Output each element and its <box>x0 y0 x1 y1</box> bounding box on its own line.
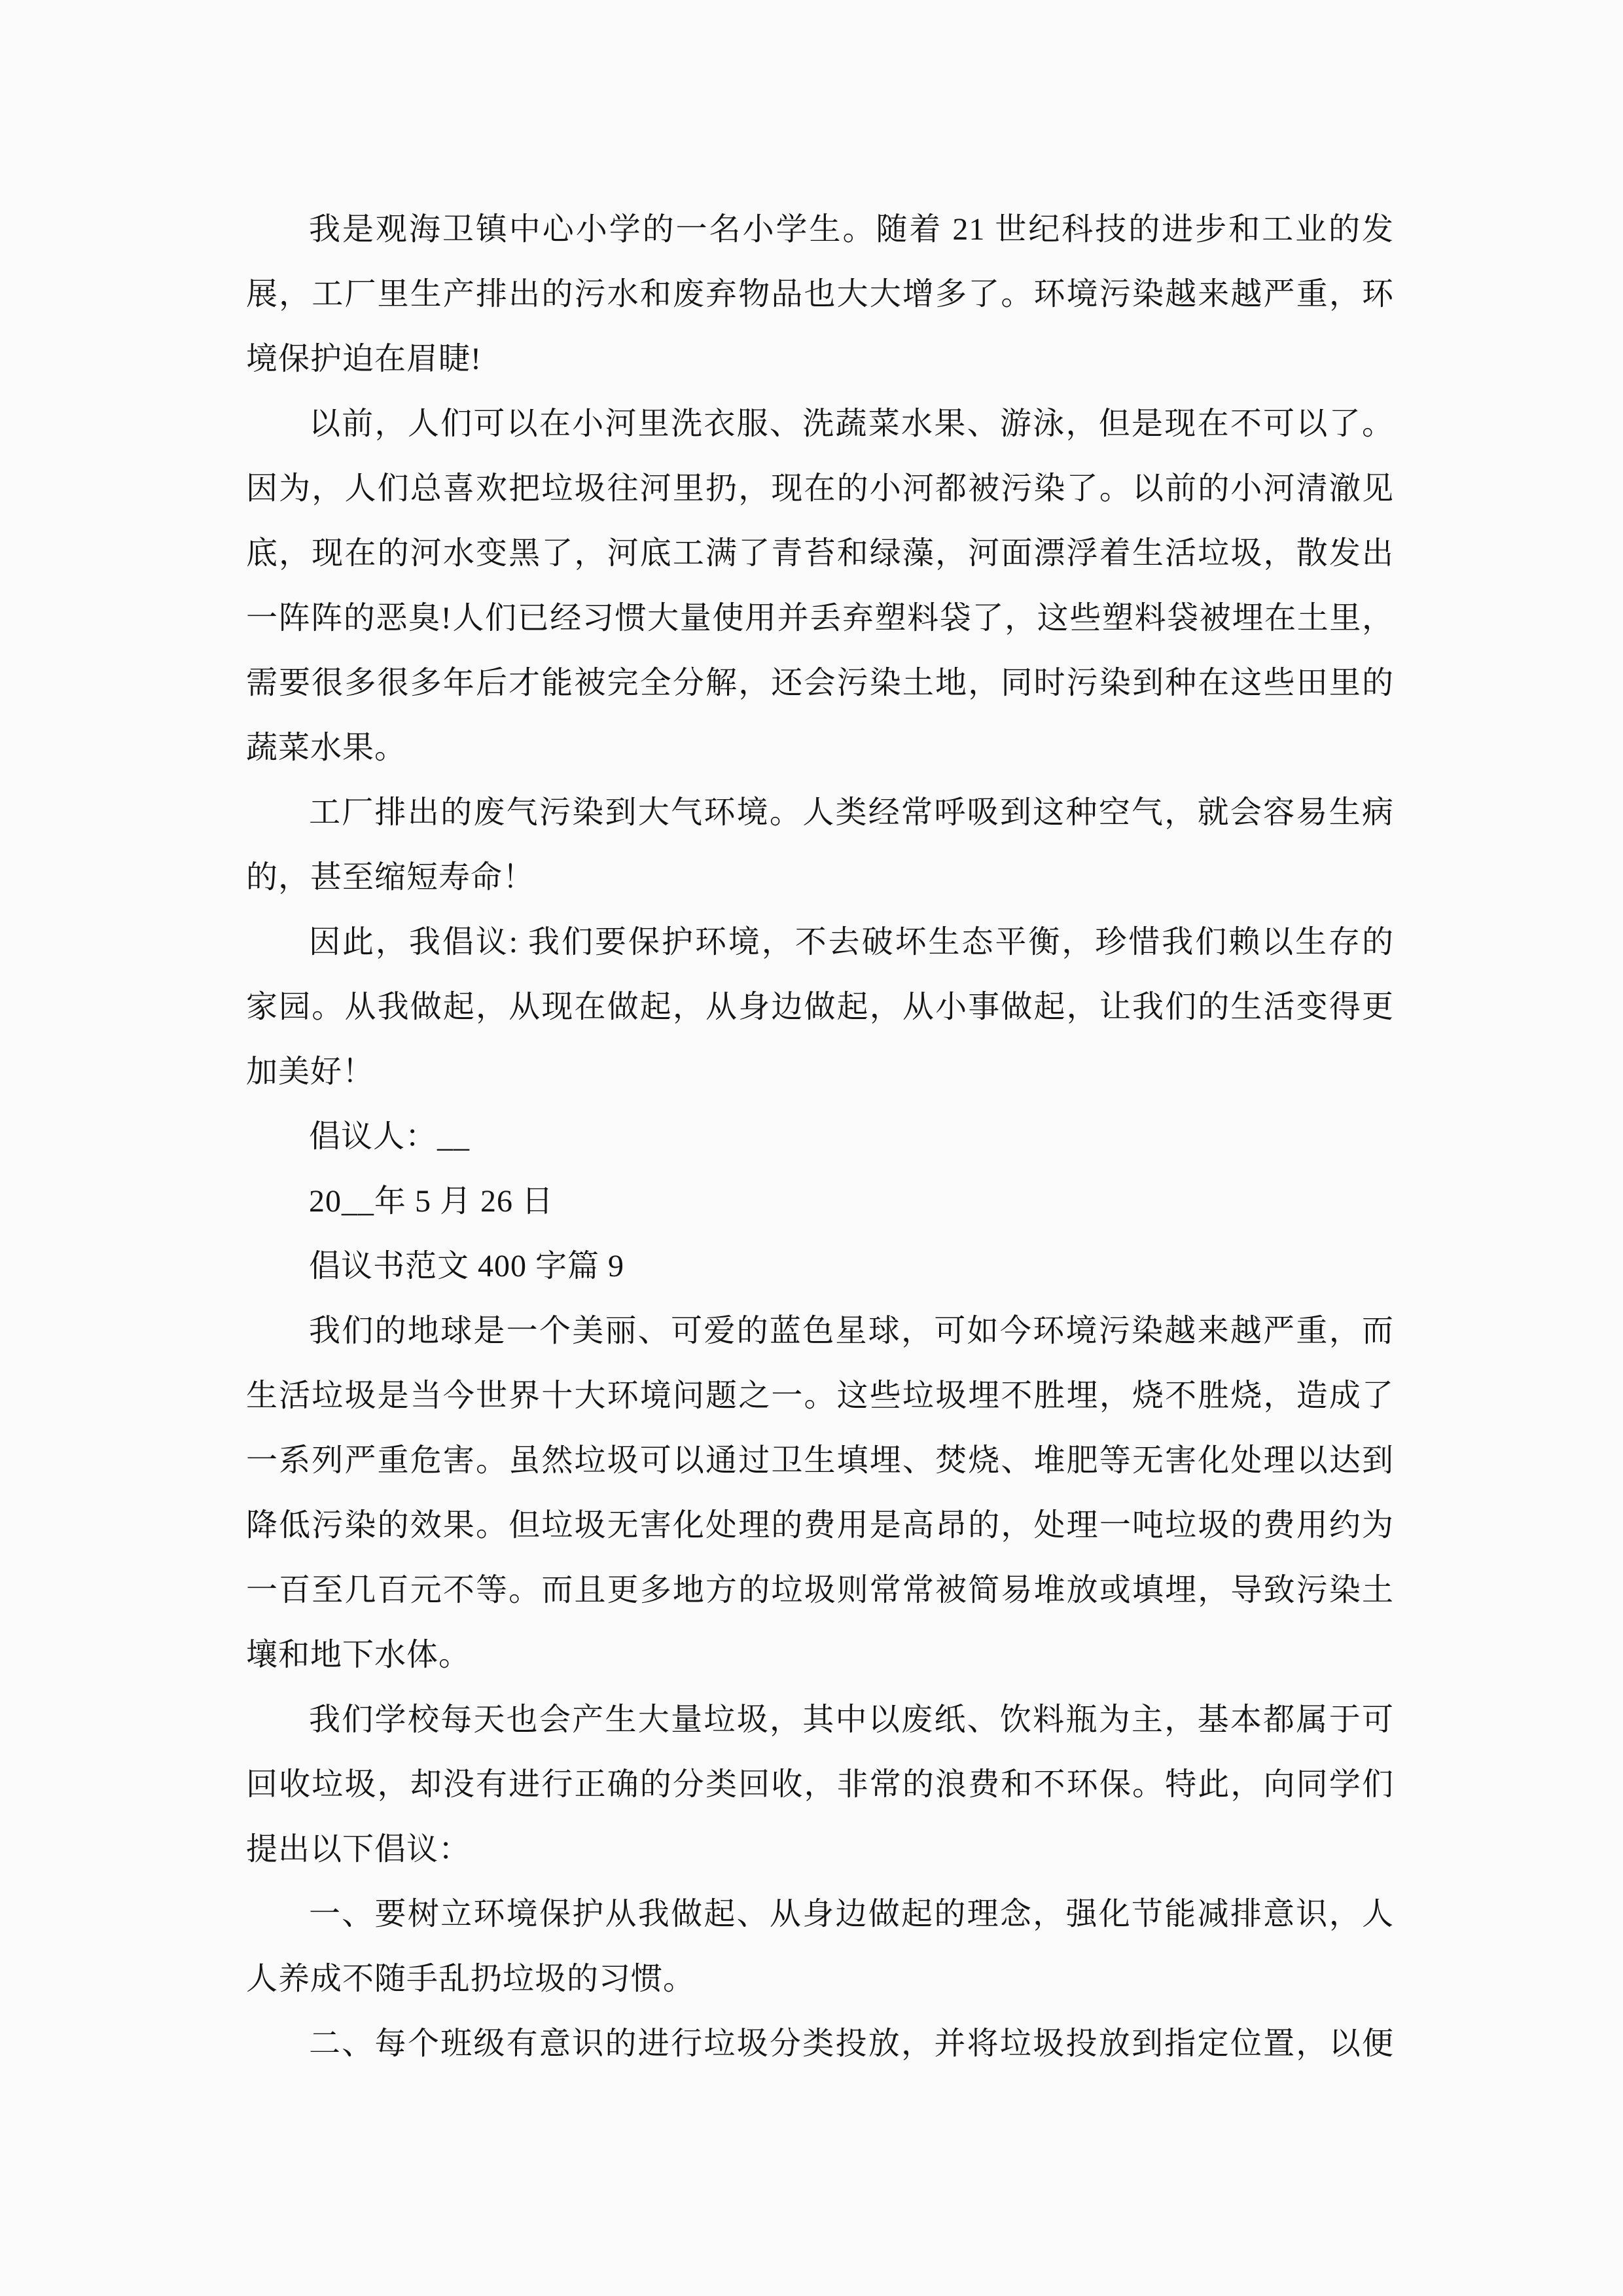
text-line: 倡议人：__ <box>246 1104 1394 1169</box>
text-line: 境保护迫在眉睫! <box>246 327 1394 391</box>
text-line: 因为，人们总喜欢把垃圾往河里扔，现在的小河都被污染了。以前的小河清澈见 <box>246 456 1394 521</box>
text-line: 倡议书范文 400 字篇 9 <box>246 1234 1394 1299</box>
text-line: 降低污染的效果。但垃圾无害化处理的费用是高昂的，处理一吨垃圾的费用约为 <box>246 1493 1394 1558</box>
text-line: 一系列严重危害。虽然垃圾可以通过卫生填埋、焚烧、堆肥等无害化处理以达到 <box>246 1428 1394 1493</box>
text-line: 提出以下倡议： <box>246 1817 1394 1882</box>
text-line: 展，工厂里生产排出的污水和废弃物品也大大增多了。环境污染越来越严重，环 <box>246 262 1394 327</box>
document-page: 我是观海卫镇中心小学的一名小学生。随着 21 世纪科技的进步和工业的发展，工厂里… <box>0 0 1623 2296</box>
text-line: 人养成不随手乱扔垃圾的习惯。 <box>246 1946 1394 2011</box>
text-line: 一、要树立环境保护从我做起、从身边做起的理念，强化节能减排意识，人 <box>246 1882 1394 1946</box>
text-line: 的，甚至缩短寿命！ <box>246 845 1394 910</box>
text-line: 回收垃圾，却没有进行正确的分类回收，非常的浪费和不环保。特此，向同学们 <box>246 1752 1394 1817</box>
document-body: 我是观海卫镇中心小学的一名小学生。随着 21 世纪科技的进步和工业的发展，工厂里… <box>246 197 1394 2076</box>
text-line: 我们的地球是一个美丽、可爱的蓝色星球，可如今环境污染越来越严重，而 <box>246 1299 1394 1363</box>
text-line: 一百至几百元不等。而且更多地方的垃圾则常常被简易堆放或填埋，导致污染土 <box>246 1558 1394 1623</box>
text-line: 以前，人们可以在小河里洗衣服、洗蔬菜水果、游泳，但是现在不可以了。 <box>246 391 1394 456</box>
text-line: 我们学校每天也会产生大量垃圾，其中以废纸、饮料瓶为主，基本都属于可 <box>246 1687 1394 1752</box>
text-line: 生活垃圾是当今世界十大环境问题之一。这些垃圾埋不胜埋，烧不胜烧，造成了 <box>246 1363 1394 1428</box>
text-line: 家园。从我做起，从现在做起，从身边做起，从小事做起，让我们的生活变得更 <box>246 975 1394 1039</box>
text-line: 壤和地下水体。 <box>246 1623 1394 1687</box>
text-line: 底，现在的河水变黑了，河底工满了青苔和绿藻，河面漂浮着生活垃圾，散发出 <box>246 521 1394 586</box>
text-line: 加美好！ <box>246 1039 1394 1104</box>
text-line: 因此，我倡议: 我们要保护环境，不去破坏生态平衡，珍惜我们赖以生存的 <box>246 910 1394 975</box>
text-line: 一阵阵的恶臭!人们已经习惯大量使用并丢弃塑料袋了，这些塑料袋被埋在土里， <box>246 586 1394 651</box>
text-line: 工厂排出的废气污染到大气环境。人类经常呼吸到这种空气，就会容易生病 <box>246 780 1394 845</box>
text-line: 需要很多很多年后才能被完全分解，还会污染土地，同时污染到种在这些田里的 <box>246 651 1394 715</box>
text-line: 20__年 5 月 26 日 <box>246 1169 1394 1234</box>
text-line: 蔬菜水果。 <box>246 715 1394 780</box>
text-line: 我是观海卫镇中心小学的一名小学生。随着 21 世纪科技的进步和工业的发 <box>246 197 1394 262</box>
text-line: 二、每个班级有意识的进行垃圾分类投放，并将垃圾投放到指定位置，以便 <box>246 2011 1394 2076</box>
